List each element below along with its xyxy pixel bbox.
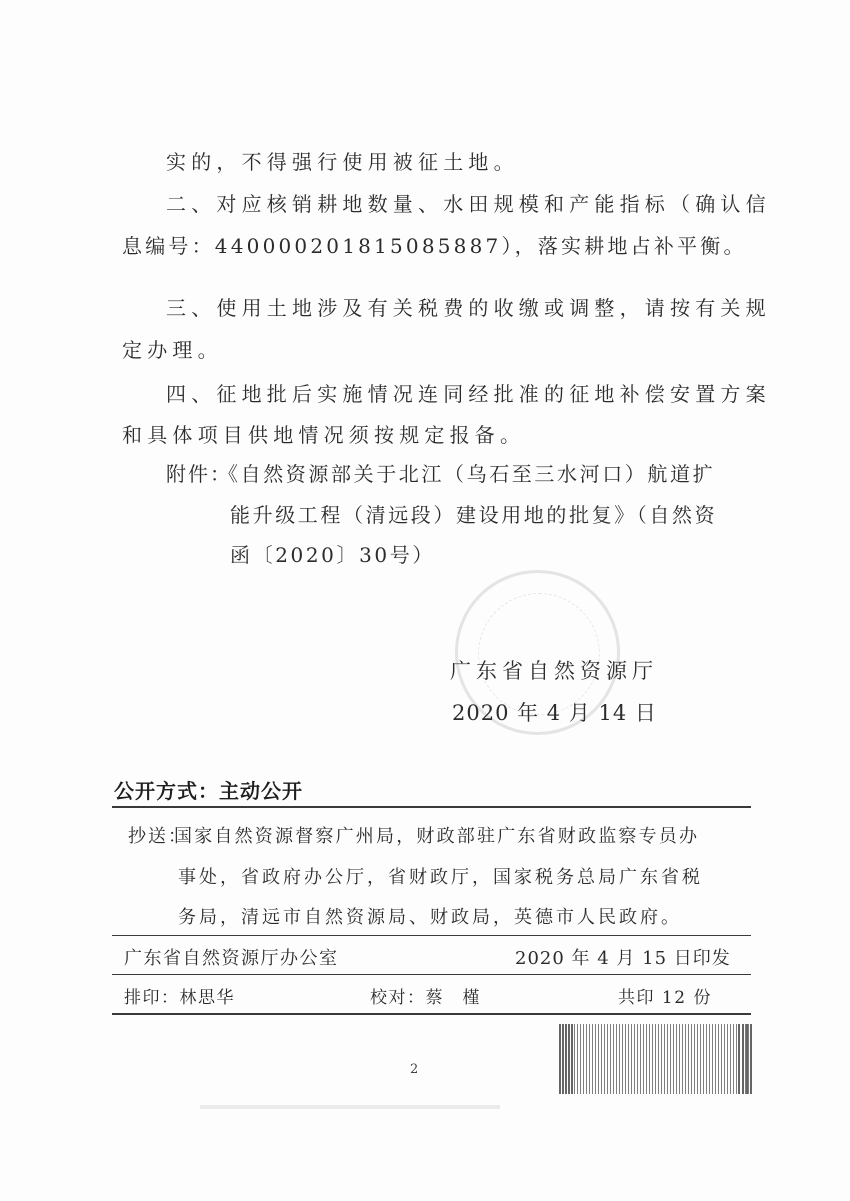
body-line-4: 三、使用土地涉及有关税费的收缴或调整，请按有关规 (166, 294, 771, 322)
body-line-5: 定办理。 (122, 336, 223, 364)
divider-issuance (112, 974, 751, 975)
copy-count: 共印 12 份 (618, 983, 712, 1008)
issuer-name: 广东省自然资源厅 (450, 655, 658, 685)
scan-artifact (200, 1105, 500, 1109)
divider-top (112, 806, 751, 808)
body-line-2: 二、对应核销耕地数量、水田规模和产能指标（确认信 (166, 190, 771, 218)
attachment-line-3: 函〔2020〕30号） (230, 541, 435, 569)
disclosure-mode: 公开方式：主动公开 (114, 775, 303, 804)
cc-line-1: 国家自然资源督察广州局，财政部驻广东省财政监察专员办 (174, 822, 699, 848)
issuing-office: 广东省自然资源厅办公室 (124, 944, 339, 970)
document-page: 实的，不得强行使用被征土地。 二、对应核销耕地数量、水田规模和产能指标（确认信 … (0, 0, 850, 1201)
divider-cc (112, 935, 751, 936)
attachment-line-1: 《自然资源部关于北江（乌石至三水河口）航道扩 (218, 460, 715, 488)
body-line-6: 四、征地批后实施情况连同经批准的征地补偿安置方案 (166, 380, 771, 408)
issue-date: 2020 年 4 月 14 日 (452, 697, 657, 727)
body-line-7: 和具体项目供地情况须按规定报备。 (122, 421, 525, 449)
attachment-line-2: 能升级工程（清远段）建设用地的批复》（自然资 (230, 501, 717, 529)
page-number: 2 (410, 1062, 418, 1077)
body-line-1: 实的，不得强行使用被征土地。 (166, 148, 519, 176)
print-date: 2020 年 4 月 15 日印发 (515, 944, 731, 970)
barcode-icon (559, 1024, 754, 1094)
divider-bottom (112, 1013, 751, 1015)
typesetter: 排印：林思华 (124, 983, 235, 1008)
cc-line-3: 务局，清远市自然资源局、财政局，英德市人民政府。 (178, 903, 682, 929)
body-line-3: 息编号：440000201815085887），落实耕地占补平衡。 (122, 232, 747, 260)
proofreader: 校对：蔡 槿 (370, 983, 481, 1008)
cc-line-2: 事处，省政府办公厅，省财政厅，国家税务总局广东省税 (178, 863, 703, 889)
